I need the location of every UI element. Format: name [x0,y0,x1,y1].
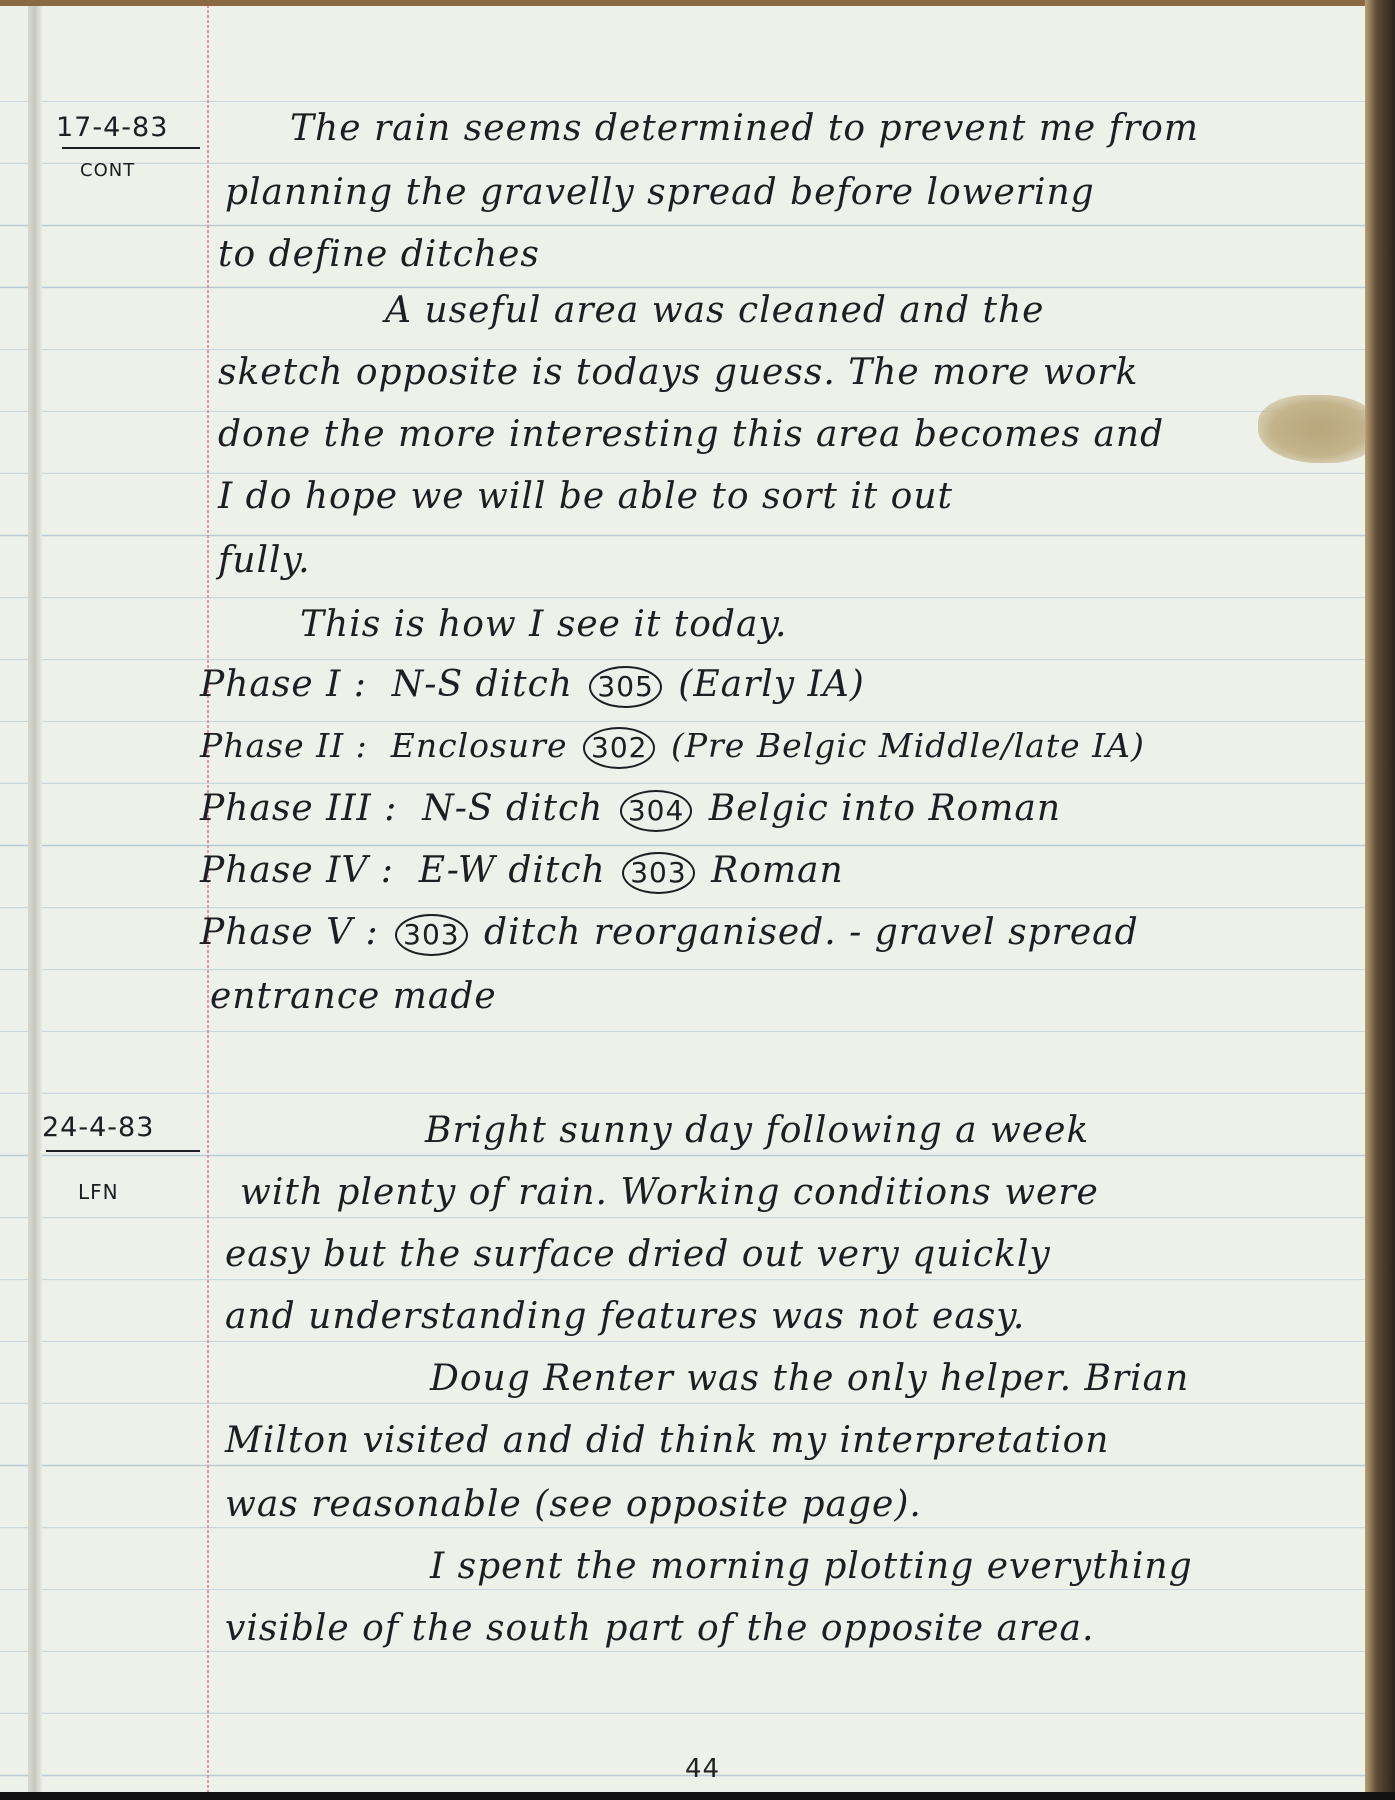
book-cover-edge [1365,0,1395,1800]
entry-line: and understanding features was not easy. [225,1296,1025,1337]
phase-description: E-W ditch [419,850,606,891]
date-underline [46,1150,200,1152]
phase-date: (Early IA) [678,664,865,705]
entry-line: I do hope we will be able to sort it out [218,476,953,517]
phase-description: ditch reorganised. - gravel spread [484,912,1139,953]
phase-label: Phase IV : [200,850,394,891]
page-top-edge [0,0,1395,6]
margin-rule [207,0,209,1792]
entry-line: with plenty of rain. Working conditions … [240,1172,1099,1213]
entry-line: The rain seems determined to prevent me … [290,108,1199,149]
phase-date: (Pre Belgic Middle/late IA) [671,726,1145,765]
phase-line: Phase II : Enclosure 302 (Pre Belgic Mid… [200,726,1145,769]
entry-line: visible of the south part of the opposit… [225,1608,1094,1649]
notebook-page: 17-4-83 CONT The rain seems determined t… [0,0,1365,1792]
phase-label: Phase V : [200,912,379,953]
entry-date: 17-4-83 [56,112,168,143]
page-number: 44 [685,1754,720,1784]
phase-date: Roman [711,850,844,891]
phase-label: Phase II : [200,726,368,765]
entry-date-note: CONT [80,160,135,181]
page-bottom-edge [0,1792,1395,1800]
phase-description: N-S ditch [392,664,573,705]
phase-label: Phase I : [200,664,367,705]
entry-date-note: LFN [78,1180,119,1204]
phase-date: Belgic into Roman [709,788,1061,829]
entry-line: to define ditches [218,234,540,275]
entry-line: easy but the surface dried out very quic… [225,1234,1051,1275]
context-number-circle: 303 [395,914,467,956]
phase-description: Enclosure [391,726,568,765]
context-number-circle: 304 [620,790,692,832]
phase-line: Phase V : 303 ditch reorganised. - grave… [200,912,1139,956]
phase-description: N-S ditch [422,788,603,829]
entry-line: This is how I see it today. [300,604,787,645]
entry-line: Milton visited and did think my interpre… [225,1420,1109,1461]
entry-line: was reasonable (see opposite page). [225,1484,922,1525]
context-number-circle: 302 [583,727,655,769]
spine-shadow [28,0,42,1792]
context-number-circle: 305 [589,666,661,708]
entry-line: sketch opposite is todays guess. The mor… [218,352,1138,393]
context-number-circle: 303 [622,852,694,894]
entry-date: 24-4-83 [42,1112,154,1143]
entry-line: Doug Renter was the only helper. Brian [430,1358,1189,1399]
entry-line: I spent the morning plotting everything [430,1546,1193,1587]
entry-line: A useful area was cleaned and the [385,290,1044,331]
entry-line: Bright sunny day following a week [425,1110,1089,1151]
date-underline [62,147,200,149]
phase-line: Phase III : N-S ditch 304 Belgic into Ro… [200,788,1061,832]
phase-line: Phase IV : E-W ditch 303 Roman [200,850,844,894]
entry-line: entrance made [210,976,497,1017]
water-stain [1258,395,1378,463]
entry-line: fully. [218,540,311,581]
phase-line: Phase I : N-S ditch 305 (Early IA) [200,664,865,708]
phase-label: Phase III : [200,788,397,829]
entry-line: planning the gravelly spread before lowe… [225,172,1095,213]
entry-line: done the more interesting this area beco… [218,414,1164,455]
